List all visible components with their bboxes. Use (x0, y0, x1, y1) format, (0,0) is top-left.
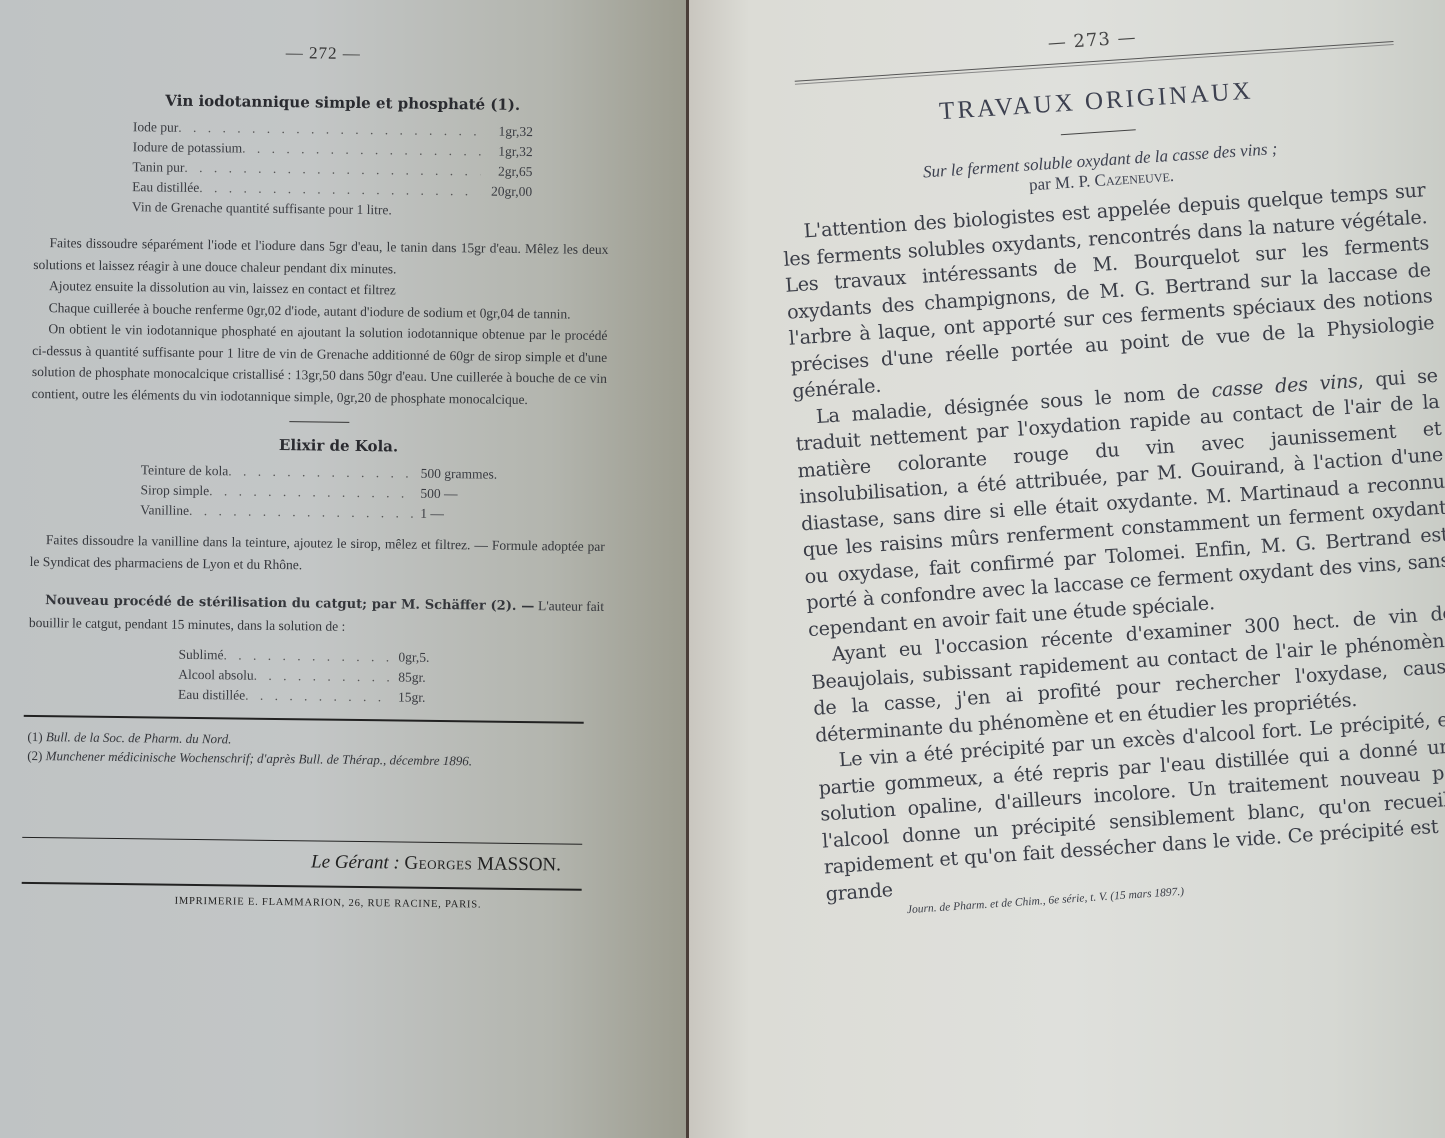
ingredient-qty: 0gr,5. (392, 647, 438, 668)
ingredient-name: Iodure de potassium (133, 137, 243, 158)
leader-dots: . . . . . . . . . . . . . . . . . . . . … (189, 501, 414, 524)
colophon-rule-bottom (22, 882, 582, 890)
footnote-text: Munchener médicinische Wochenschrif; d'a… (46, 748, 473, 768)
footnote-marker: (2) (27, 747, 42, 762)
ingredient-name: Alcool absolu (178, 665, 254, 686)
byline-prefix: par M. P. (1028, 171, 1091, 194)
page-number: — 273 — (770, 9, 1415, 73)
ingredient-list: Teinture de kola . . . . . . . . . . . .… (140, 460, 521, 525)
ingredient-qty: 1gr,32 (481, 141, 533, 162)
right-page: — 273 — TRAVAUX ORIGINAUX Sur le ferment… (689, 0, 1445, 1138)
ingredient-name: Vanilline (140, 500, 189, 521)
article-lead: Nouveau procédé de stérilisation du catg… (45, 593, 534, 614)
ingredient-name: Sirop simple (140, 480, 209, 501)
footnote-rule (24, 715, 584, 723)
ingredient-name: Tanin pur (132, 157, 184, 178)
leader-dots: . . . . . . . . . . . . . (245, 686, 392, 708)
section-title: Vin iodotannique simple et phosphaté (1)… (75, 90, 610, 115)
ingredient-qty: 85gr. (392, 667, 438, 688)
page-number: — 272 — (36, 40, 611, 67)
ingredient-qty: 1gr,32 (481, 121, 533, 142)
ingredient-qty: 2gr,65 (480, 161, 532, 182)
ingredient-qty: 20gr,00 (480, 181, 532, 202)
ingredient-qty: 500 grammes. (415, 464, 521, 485)
paragraph: On obtient le vin iodotannique phosphaté… (32, 318, 608, 411)
author-name: Cazeneuve. (1094, 166, 1175, 190)
gerant-last-name: MASSON. (477, 853, 561, 875)
leader-dots: . . . . . . . . . . . . . . . . . . . . … (228, 461, 415, 483)
ingredient-row: Eau distillée . . . . . . . . . . . . .1… (178, 685, 438, 708)
gerant-label: Le Gérant : (311, 851, 400, 873)
leader-dots: . . . . . . . . . . . . . . . . . . . . … (209, 481, 415, 504)
paragraph: Faites dissoudre la vanilline dans la te… (30, 529, 605, 579)
ingredient-list: Sublimé . . . . . . . . . . . . .0gr,5. … (178, 645, 604, 710)
gerant-line: Le Gérant : Georges MASSON. (26, 848, 561, 877)
section-divider (289, 421, 349, 423)
ingredient-qty: 15gr. (392, 687, 438, 708)
leader-dots: . . . . . . . . . . . . . (223, 645, 392, 667)
ingredient-qty: 1 — (414, 504, 520, 525)
footnote-text: Bull. de la Soc. de Pharm. du Nord. (46, 729, 232, 746)
heading-divider (1061, 129, 1136, 135)
ingredient-qty: 500 — (414, 484, 520, 505)
ingredient-name: Teinture de kola (141, 460, 229, 481)
colophon-rule-top (22, 836, 582, 844)
left-page: — 272 — Vin iodotannique simple et phosp… (0, 0, 688, 1138)
footnote-marker: (1) (27, 728, 42, 743)
ingredient-name: Sublimé (178, 645, 223, 666)
paragraph: Nouveau procédé de stérilisation du catg… (29, 589, 604, 640)
ingredient-list: Iode pur . . . . . . . . . . . . . . . .… (132, 117, 610, 223)
ingredient-name: Eau distillée (132, 177, 199, 198)
paragraph: Faites dissoudre séparément l'iode et l'… (33, 232, 608, 282)
paragraph-text: , qui (1357, 366, 1406, 392)
open-book-spread: — 272 — Vin iodotannique simple et phosp… (0, 0, 1445, 1138)
leader-dots: . . . . . . . . . . . . . (254, 666, 393, 688)
gerant-first-name: Georges (404, 853, 472, 875)
ingredient-name: Iode pur (133, 117, 179, 138)
ingredient-name: Eau distillée (178, 685, 245, 706)
printer-imprint: IMPRIMERIE E. FLAMMARION, 26, RUE RACINE… (55, 894, 600, 912)
paragraph: La maladie, désignée sous le nom de cass… (793, 362, 1445, 643)
section-title: Elixir de Kola. (71, 433, 606, 458)
section-heading: TRAVAUX ORIGINAUX (774, 66, 1419, 137)
